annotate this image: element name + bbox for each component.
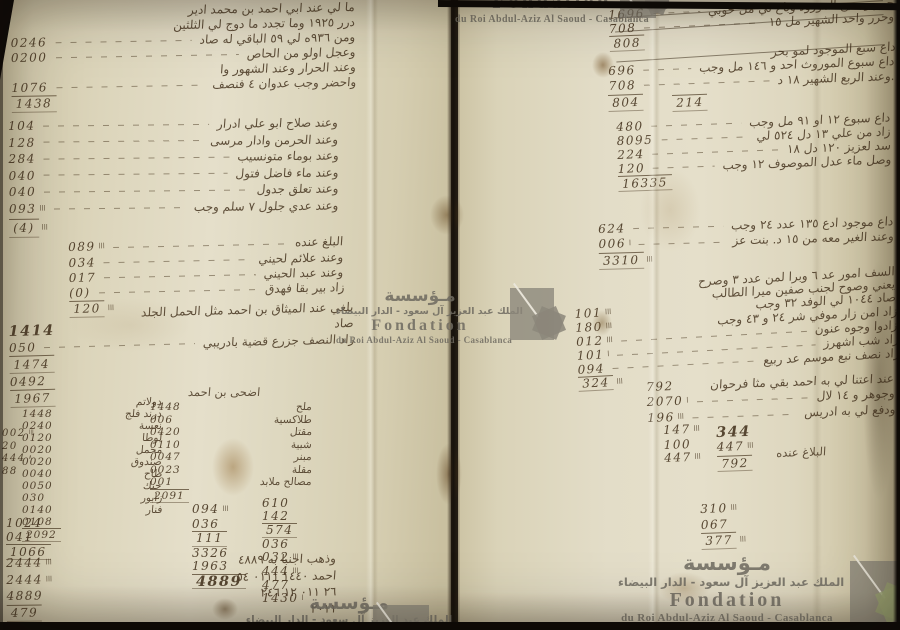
dash-leader xyxy=(104,274,256,278)
tally-marks: ااا xyxy=(694,450,701,464)
tally-marks: ااا xyxy=(39,200,45,217)
sum-row: 214 xyxy=(672,93,717,112)
entry-row: 447ااا xyxy=(716,438,771,456)
manuscript-scan: ما لي عند ابي احمد بن محمد اديردرر ١٩٢٥ … xyxy=(0,0,900,630)
entry-row: 88 xyxy=(2,466,48,478)
amount: 2444 xyxy=(6,555,43,571)
entry-row: 0050حنك xyxy=(22,480,162,492)
amount: 120 xyxy=(617,161,645,176)
fold-crease xyxy=(648,0,660,630)
ink-stain xyxy=(592,310,612,336)
amount: 224 xyxy=(617,147,645,162)
amount: 0050 xyxy=(22,480,53,492)
watermark-middle: مـؤسسة الملك عبد العزيز آل سعود - الدار … xyxy=(336,286,504,345)
sum-row: 377ااا xyxy=(701,531,756,550)
amount: 147 xyxy=(663,423,691,437)
entry-row: 036 xyxy=(192,518,256,532)
sum-stack-r6b: 344447ااا792 xyxy=(716,424,772,472)
amount: 0200 xyxy=(11,50,48,66)
dash-leader xyxy=(54,207,187,209)
amount: 002 xyxy=(2,428,26,440)
amount: 040 xyxy=(9,167,37,184)
entry-text: وعند عبد الحيني xyxy=(264,265,345,282)
margin-notes: 002ااا20444٨88 xyxy=(2,428,48,478)
amount: 006 xyxy=(598,236,626,252)
watermark-french-title: Fondation xyxy=(618,589,836,612)
entry-row: 006طلاكسية xyxy=(150,414,312,427)
entry-text: مصالح ملابد xyxy=(260,476,313,489)
sum-stack-r2b: 214 xyxy=(672,93,717,112)
amount: 88 xyxy=(2,466,18,478)
entry-row: 444٨ xyxy=(2,453,48,466)
amount: (4) xyxy=(9,219,39,238)
tally-marks: ااا xyxy=(46,554,52,570)
entry-text: دولاتم xyxy=(136,396,163,408)
entry-row: دولاتم xyxy=(22,396,162,408)
entry-row: 447ااا xyxy=(664,450,712,466)
dash-leader xyxy=(43,124,209,127)
sum-row: 792 xyxy=(717,454,772,472)
amount: 480 xyxy=(616,119,644,134)
amount: 142 xyxy=(262,510,289,523)
entry-row: 1448درند فلج xyxy=(22,408,162,420)
sum-row: 111 xyxy=(192,531,256,547)
amount: 104 xyxy=(8,118,36,135)
dash-leader xyxy=(644,80,770,85)
sum-stack-r7: 310ااا067377ااا xyxy=(700,500,756,550)
dash-leader xyxy=(661,136,748,140)
entry-text: مبنر xyxy=(294,451,313,464)
amount: 128 xyxy=(8,134,36,151)
amount: 214 xyxy=(672,94,708,112)
dash-leader xyxy=(653,165,715,168)
amount: 310 xyxy=(700,501,728,517)
dash-leader xyxy=(44,140,203,143)
amount: 089 xyxy=(68,239,96,255)
entry-text: حنك xyxy=(143,480,163,492)
amount: 377 xyxy=(701,532,737,550)
sum-stack-a: 10240411066 xyxy=(6,516,64,560)
tally-marks: ااا xyxy=(42,220,48,237)
amount: 1024 xyxy=(6,516,43,530)
entry-row: 0140فنار xyxy=(22,504,162,516)
amount: 030 xyxy=(22,492,52,504)
sum-stack-r6a: 147ااا100447ااا xyxy=(663,422,712,466)
watermark-arabic-title: مـؤسسة xyxy=(618,551,836,575)
tally-marks: ااا xyxy=(747,439,754,453)
watermark-french-title: Fondation xyxy=(336,317,504,335)
watermark-bottom-center: مـؤسسة الملك عبد العزيز آل سعود - الدار … xyxy=(226,592,472,626)
dash-leader xyxy=(44,156,229,159)
watermark-arabic-title: مـؤسسة xyxy=(226,592,472,614)
entry-text: مقلة xyxy=(291,464,312,477)
entry-row: 002ااا xyxy=(2,428,48,441)
entry-text: طاح xyxy=(143,468,162,480)
amount: 4889 xyxy=(6,588,43,604)
dash-leader xyxy=(55,40,192,43)
entry-text: محمل xyxy=(135,444,162,456)
entry-text: احمد ١٤٤٠ ٠١١١ ٥٤ xyxy=(236,568,337,585)
entry-text: مقتل xyxy=(289,426,312,439)
photo-edge xyxy=(893,0,900,630)
amount: 034 xyxy=(68,255,96,271)
tally-marks: ا xyxy=(686,393,689,408)
sum-row: 574 xyxy=(262,523,324,538)
entry-text: وعند الربع الشهير ١٨ د. xyxy=(777,69,895,88)
items-header: اضحى بن احمد xyxy=(188,385,328,400)
amount: 094 xyxy=(192,503,219,517)
photo-edge xyxy=(0,622,900,630)
amount: 093 xyxy=(9,200,37,217)
dash-leader xyxy=(113,243,287,248)
amount: 111 xyxy=(192,531,227,547)
amount: 324 xyxy=(578,375,614,392)
dash-leader xyxy=(696,397,808,402)
tally-marks: ا xyxy=(607,347,610,360)
tally-marks: ااا xyxy=(730,500,737,515)
photo-edge xyxy=(0,0,3,630)
ledger-section-1: ما لي عند ابي احمد بن محمد اديردرر ١٩٢٥ … xyxy=(10,0,357,113)
amount: 1414 xyxy=(8,323,54,340)
tally-marks: ااا xyxy=(98,238,105,253)
entry-text: وذهب اجنبا به ٤٨٨٩ xyxy=(238,551,337,568)
entry-row: 041 xyxy=(6,530,64,544)
tally-marks: ااا xyxy=(606,333,613,346)
amount: 1474 xyxy=(9,355,54,374)
amount: 344 xyxy=(716,425,751,440)
entry-text: صندوق xyxy=(131,456,163,468)
dash-leader xyxy=(104,259,251,263)
entry-text: وعند عدي جلول ٧ سلم وجب xyxy=(194,197,340,215)
entry-text: درند فلج xyxy=(125,408,163,420)
tally-marks: ااا xyxy=(29,427,34,439)
tally-marks: ااا xyxy=(693,422,700,436)
amount: 20 xyxy=(2,441,18,453)
amount: 284 xyxy=(8,151,36,168)
amount: 804 xyxy=(608,94,644,112)
ledger-section-2: 104وعند صلاح ابو علي ادرار128وعند الحرمن… xyxy=(8,115,339,239)
paper-discoloration xyxy=(862,260,896,500)
tally-marks: ااا xyxy=(46,571,52,587)
entry-row: 094ااا xyxy=(192,503,256,518)
entry-row: 030زابور xyxy=(22,492,162,504)
entry-text: زابور xyxy=(140,492,162,504)
items-header-text: اضحى بن احمد xyxy=(187,385,261,400)
watermark-arabic-subtitle: الملك عبد العزيز آل سعود - الدار البيضاء xyxy=(618,575,836,589)
entry-text: وعند صلاح ابو علي ادرار xyxy=(217,115,339,133)
amount: 447 xyxy=(716,439,744,454)
sum-row: 804 xyxy=(608,93,653,112)
amount: 3310 xyxy=(599,252,644,270)
entry-text: البلغ عنده xyxy=(294,234,343,250)
amount: 447 xyxy=(664,451,692,465)
entry-text: ملح xyxy=(296,401,313,414)
ink-stain xyxy=(212,438,254,496)
paper-discoloration xyxy=(640,168,700,252)
amount: 574 xyxy=(262,523,297,538)
entry-row: 142 xyxy=(262,510,324,523)
amount: 1076 xyxy=(11,80,48,96)
entry-text: طلاكسية xyxy=(274,414,313,427)
entry-text: وعند الحرمن وادار مرسى xyxy=(210,131,339,149)
dash-leader xyxy=(44,189,249,192)
amount: 050 xyxy=(9,339,37,356)
entry-text: نعسة xyxy=(138,420,162,432)
tally-marks: ٨ xyxy=(29,452,32,464)
watermark-arabic-title: مـؤسسة xyxy=(336,286,504,306)
entry-text: زاد بير بقا فهدق xyxy=(264,280,344,297)
amount: (0) xyxy=(69,286,91,301)
amount: 479 xyxy=(7,604,43,622)
dash-leader xyxy=(99,289,257,293)
sum-stack-r2a: 804 xyxy=(608,93,653,112)
entry-row: 310ااا xyxy=(700,500,755,518)
entry-row: 0420مقتل xyxy=(150,426,312,439)
amount: 444 xyxy=(2,453,26,465)
tally-marks: ا xyxy=(629,235,631,250)
dash-leader xyxy=(44,173,228,176)
entry-text: وعند بوماء متونسيب xyxy=(236,148,339,166)
entry-row: 1024 xyxy=(6,516,64,530)
entry-row: 20 xyxy=(2,441,48,453)
entry-text: لوطا xyxy=(141,432,162,444)
amount: 792 xyxy=(717,455,753,472)
amount: 017 xyxy=(69,270,97,286)
entry-text: وعند ماء فاضل فتول xyxy=(235,164,339,182)
paper-discoloration xyxy=(70,298,190,352)
amount: 036 xyxy=(192,518,219,532)
entry-text: فنار xyxy=(145,504,163,516)
amount: 1448 xyxy=(22,408,53,420)
watermark-bottom-right: مـؤسسة الملك عبد العزيز آل سعود - الدار … xyxy=(618,551,836,624)
tally-marks: ااا xyxy=(739,531,746,546)
tally-marks: ااا xyxy=(222,502,228,516)
amount: 041 xyxy=(6,530,33,544)
dash-leader xyxy=(653,149,780,154)
ink-stain xyxy=(592,52,614,78)
dash-leader xyxy=(56,85,205,89)
entry-text: شبية xyxy=(291,439,313,452)
amount: 0140 xyxy=(22,504,53,516)
ledger-section-r6: 792عند اعتنا لي به احمد بقي مثا فرحوان20… xyxy=(646,371,895,427)
amount: 040 xyxy=(9,184,37,201)
entry-row: 1448ملح xyxy=(150,401,312,414)
watermark-french-subtitle: du Roi Abdul-Aziz Al Saoud - Casablanca xyxy=(336,335,504,345)
amount: 0246 xyxy=(11,35,48,51)
amount: 708 xyxy=(609,78,637,94)
amount: 067 xyxy=(701,517,729,533)
dash-leader xyxy=(55,54,239,58)
amount: 624 xyxy=(598,221,626,237)
watermark-arabic-subtitle: الملك عبد العزيز آل سعود - الدار البيضاء xyxy=(336,306,504,317)
amount: 2444 xyxy=(6,572,43,588)
amount: 1438 xyxy=(12,95,57,113)
amount: 0492 xyxy=(10,373,47,390)
fold-crease xyxy=(812,0,822,630)
dash-leader xyxy=(692,413,796,418)
dash-leader xyxy=(652,122,741,126)
tally-marks: ااا xyxy=(616,375,623,388)
entry-text: وعند تعلق جدول xyxy=(256,181,339,198)
amount: 808 xyxy=(609,34,645,52)
